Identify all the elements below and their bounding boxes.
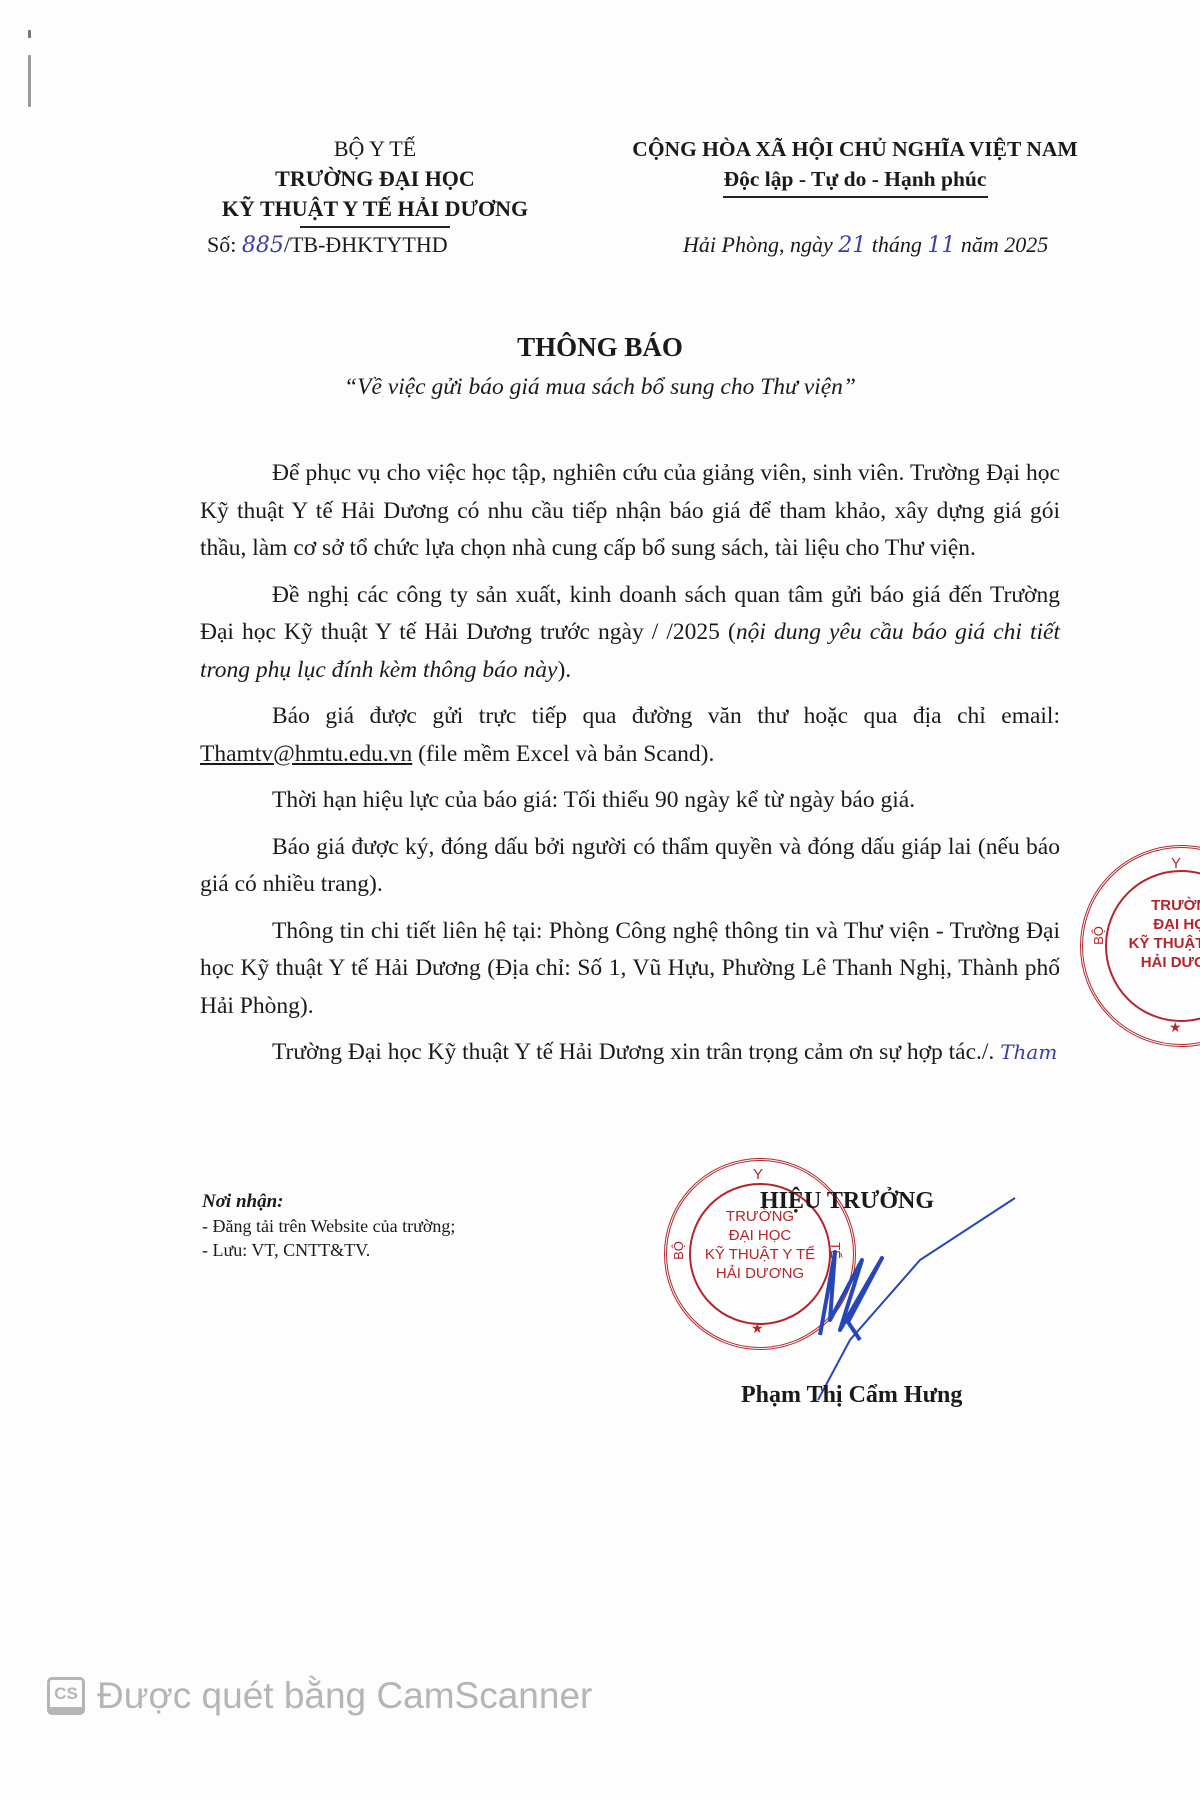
header-underline xyxy=(300,226,450,228)
edge-stamp-top: Y xyxy=(1171,854,1181,873)
scan-artifact xyxy=(28,30,31,38)
paragraph-contact: Thông tin chi tiết liên hệ tại: Phòng Cô… xyxy=(200,913,1060,1026)
date-place: Hải Phòng, ngày xyxy=(683,232,833,257)
signer-name: Phạm Thị Cẩm Hưng xyxy=(741,1382,962,1409)
issuer-header: BỘ Y TẾ TRƯỜNG ĐẠI HỌC KỸ THUẬT Y TẾ HẢI… xyxy=(175,134,575,228)
recipient-item: - Đăng tải trên Website của trường; xyxy=(202,1214,455,1238)
paragraph-purpose: Để phục vụ cho việc học tập, nghiên cứu … xyxy=(200,455,1060,568)
signature-scribble xyxy=(800,1190,1030,1410)
paragraph-request: Đề nghị các công ty sản xuất, kinh doanh… xyxy=(200,577,1060,690)
school-name-line1: TRƯỜNG ĐẠI HỌC xyxy=(175,164,575,194)
camscanner-logo-icon: CS xyxy=(47,1677,85,1715)
date-year: năm 2025 xyxy=(961,232,1048,257)
recipients-block: Nơi nhận: - Đăng tải trên Website của tr… xyxy=(202,1190,455,1262)
document-number: Số: 885/TB-ĐHKTYTHD xyxy=(207,232,448,258)
motto-underline xyxy=(723,196,988,198)
star-icon: ★ xyxy=(751,1319,764,1338)
date-day: 21 xyxy=(838,233,866,258)
paragraph-submission: Báo giá được gửi trực tiếp qua đường văn… xyxy=(200,698,1060,773)
watermark-text: Được quét bằng CamScanner xyxy=(97,1675,592,1717)
initials-handwritten: Tham xyxy=(1000,1040,1057,1064)
number-label: Số: xyxy=(207,232,236,257)
request-end: ). xyxy=(557,657,571,683)
edge-stamp-line1: TRƯỜNG xyxy=(1125,896,1200,915)
ministry-name: BỘ Y TẾ xyxy=(175,134,575,164)
recipient-item: - Lưu: VT, CNTT&TV. xyxy=(202,1238,455,1262)
email-link[interactable]: Thamtv@hmtu.edu.vn xyxy=(200,741,412,767)
paragraph-thanks: Trường Đại học Kỹ thuật Y tế Hải Dương x… xyxy=(200,1034,1060,1072)
edge-stamp-line2: ĐẠI HỌC xyxy=(1125,915,1200,934)
stamp-left: BỘ xyxy=(669,1241,688,1260)
document-title: THÔNG BÁO xyxy=(0,332,1200,363)
paragraph-validity: Thời hạn hiệu lực của báo giá: Tối thiểu… xyxy=(200,782,1060,820)
scan-artifact xyxy=(28,55,31,107)
edge-stamp-left: BỘ xyxy=(1089,926,1108,945)
country-name: CỘNG HÒA XÃ HỘI CHỦ NGHĨA VIỆT NAM xyxy=(615,134,1095,164)
star-icon: ★ xyxy=(1169,1018,1182,1037)
date-line: Hải Phòng, ngày 21 tháng 11 năm 2025 xyxy=(683,232,1048,258)
edge-stamp-center: TRƯỜNG ĐẠI HỌC KỸ THUẬT Y TẾ HẢI DƯƠNG xyxy=(1125,896,1200,972)
edge-stamp-line4: HẢI DƯƠNG xyxy=(1125,953,1200,972)
national-header: CỘNG HÒA XÃ HỘI CHỦ NGHĨA VIỆT NAM Độc l… xyxy=(615,134,1095,198)
date-month: 11 xyxy=(927,233,955,258)
number-handwritten: 885 xyxy=(242,233,284,258)
submission-text: Báo giá được gửi trực tiếp qua đường văn… xyxy=(272,703,1060,729)
submission-end: (file mềm Excel và bản Scand). xyxy=(412,741,714,767)
thanks-text: Trường Đại học Kỹ thuật Y tế Hải Dương x… xyxy=(272,1039,994,1065)
date-month-label: tháng xyxy=(872,232,922,257)
number-suffix: /TB-ĐHKTYTHD xyxy=(284,232,448,257)
national-motto: Độc lập - Tự do - Hạnh phúc xyxy=(615,164,1095,194)
stamp-top: Y xyxy=(753,1165,763,1184)
school-name-line2: KỸ THUẬT Y TẾ HẢI DƯƠNG xyxy=(175,194,575,224)
edge-stamp-line3: KỸ THUẬT Y TẾ xyxy=(1125,934,1200,953)
scanner-watermark: CS Được quét bằng CamScanner xyxy=(47,1675,592,1717)
document-subtitle: “Về việc gửi báo giá mua sách bổ sung ch… xyxy=(0,374,1200,401)
paragraph-signing: Báo giá được ký, đóng dấu bởi người có t… xyxy=(200,829,1060,904)
recipients-heading: Nơi nhận: xyxy=(202,1190,455,1214)
edge-stamp: Y BỘ TRƯỜNG ĐẠI HỌC KỸ THUẬT Y TẾ HẢI DƯ… xyxy=(1080,845,1200,1047)
document-body: Để phục vụ cho việc học tập, nghiên cứu … xyxy=(200,455,1060,1081)
